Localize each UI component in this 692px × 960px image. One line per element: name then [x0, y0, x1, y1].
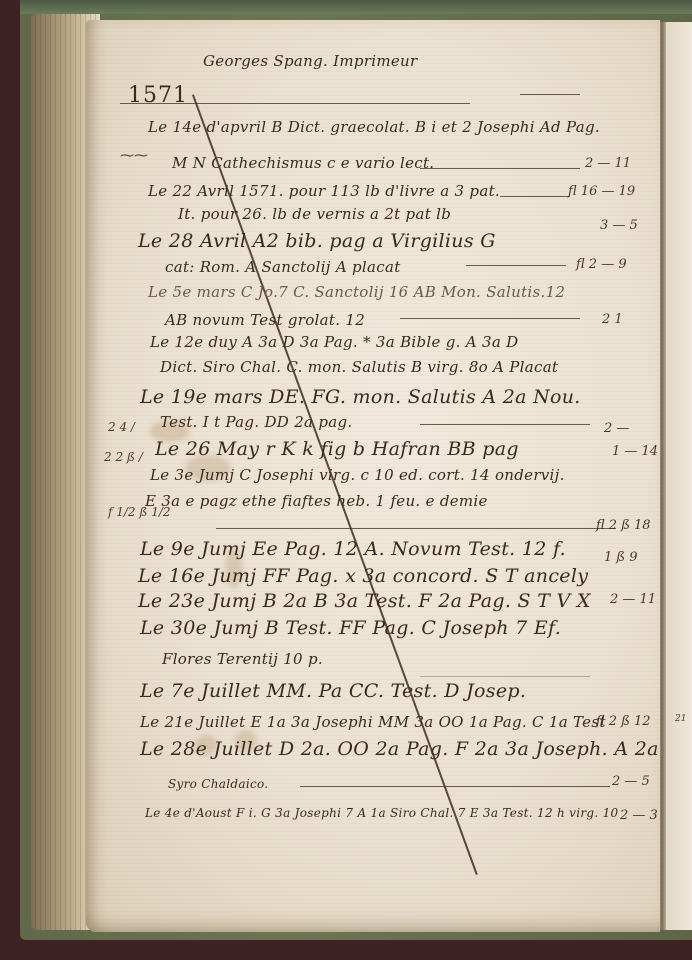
book-cover-top-edge: [20, 0, 692, 14]
ledger-line: AB novum Test grolat. 12: [165, 311, 365, 329]
margin-flourish: ⁓⁓: [120, 148, 148, 164]
ledger-line: Le 28 Avril A2 bib. pag a Virgilius G: [138, 230, 496, 252]
ledger-rule: [300, 786, 610, 787]
ledger-line: Le 4e d'Aoust F i. G 3a Josephi 7 A 1a S…: [145, 806, 618, 820]
ledger-line: Dict. Siro Chal. C. mon. Salutis B virg.…: [160, 358, 558, 376]
ledger-amount: 2 — 5: [612, 774, 650, 789]
ledger-line: Le 26 May r K k fig b Hafran BB pag: [155, 438, 519, 460]
ledger-line: Le 23e Jumj B 2a B 3a Test. F 2a Pag. S …: [138, 590, 591, 612]
page-header-title: Georges Spang. Imprimeur: [203, 52, 417, 70]
ledger-amount: 2 — 3: [620, 808, 658, 823]
ledger-amount: fl 2 ß 12: [596, 714, 651, 729]
ledger-amount: 3 — 5: [600, 218, 638, 233]
ledger-line: Syro Chaldaico.: [168, 777, 268, 791]
ledger-line: cat: Rom. A Sanctolij A placat: [165, 258, 401, 276]
left-margin-note: 2 4 /: [108, 420, 135, 434]
ledger-line: Le 9e Jumj Ee Pag. 12 A. Novum Test. 12 …: [140, 538, 566, 560]
left-margin-note: 2 2 ß /: [104, 450, 143, 464]
right-margin-mark: 21: [675, 714, 686, 724]
ledger-amount: 1 — 14: [612, 444, 658, 459]
ledger-amount: fl 2 ß 18: [596, 518, 651, 533]
ledger-line: Le 5e mars C Jo.7 C. Sanctolij 16 AB Mon…: [148, 283, 565, 301]
ledger-amount: 1 ß 9: [604, 550, 638, 565]
facing-page-edge: [666, 22, 692, 930]
ledger-rule: [216, 528, 616, 529]
ledger-rule: [400, 318, 580, 319]
header-rule: [120, 103, 470, 104]
ledger-line: M N Cathechismus c e vario lect.: [172, 154, 434, 172]
ledger-line: Le 28e Juillet D 2a. OO 2a Pag. F 2a 3a …: [140, 738, 659, 760]
page-year: 1571: [128, 83, 188, 108]
ledger-line: It. pour 26. lb de vernis a 2t pat lb: [178, 205, 451, 223]
ledger-rule: [420, 168, 580, 169]
ledger-amount: fl 2 — 9: [576, 257, 627, 272]
ledger-amount: fl 16 — 19: [568, 184, 635, 199]
ledger-line: Le 12e duy A 3a D 3a Pag. * 3a Bible g. …: [150, 333, 518, 351]
ledger-line: Le 22 Avril 1571. pour 113 lb d'livre a …: [148, 182, 500, 200]
ledger-rule: [466, 265, 566, 266]
header-rule-right: [520, 94, 580, 95]
ledger-rule: [420, 424, 590, 425]
ledger-line: Le 16e Jumj FF Pag. x 3a concord. S T an…: [138, 565, 588, 587]
ledger-line: Le 19e mars DE. FG. mon. Salutis A 2a No…: [140, 386, 581, 408]
ledger-amount: 2 —: [604, 421, 629, 436]
ledger-line: E 3a e pagz ethe fiaftes heb. 1 feu. e d…: [145, 492, 488, 510]
ledger-amount: 2 1: [602, 312, 623, 327]
ledger-rule: [500, 196, 570, 197]
ledger-line: Le 7e Juillet MM. Pa CC. Test. D Josep.: [140, 680, 526, 702]
ledger-line: Flores Terentij 10 p.: [162, 650, 323, 668]
ledger-line: Test. I t Pag. DD 2a pag.: [160, 413, 352, 431]
ledger-amount: 2 — 11: [610, 592, 656, 607]
ledger-line: Le 3e Jumj C Josephi virg. c 10 ed. cort…: [150, 466, 565, 484]
left-margin-note: f 1/2 ß 1/2: [108, 505, 171, 519]
book-scan: Georges Spang. Imprimeur 1571 Le 14e d'a…: [0, 0, 692, 960]
ledger-rule: [420, 676, 590, 677]
ledger-line: Le 14e d'apvril B Dict. graecolat. B i e…: [148, 118, 600, 136]
ledger-amount: 2 — 11: [585, 156, 631, 171]
ledger-line: Le 21e Juillet E 1a 3a Josephi MM 3a OO …: [140, 713, 606, 731]
ledger-line: Le 30e Jumj B Test. FF Pag. C Joseph 7 E…: [140, 617, 561, 639]
